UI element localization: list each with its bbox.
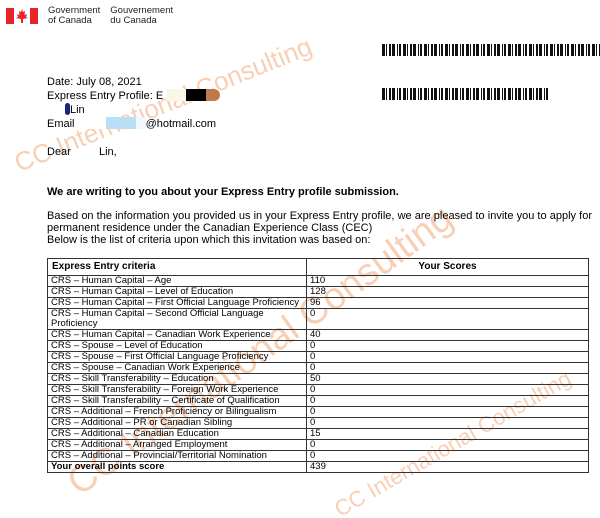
table-row: CRS – Skill Transferability – Foreign Wo…	[48, 385, 589, 396]
criteria-cell: CRS – Skill Transferability – Foreign Wo…	[48, 385, 307, 396]
recipient-info: Date: July 08, 2021 Express Entry Profil…	[47, 75, 220, 159]
barcode-top	[382, 44, 600, 56]
total-label: Your overall points score	[48, 462, 307, 473]
table-row: CRS – Additional – Canadian Education15	[48, 429, 589, 440]
gov-fr: Gouvernement du Canada	[110, 6, 173, 26]
table-row: CRS – Spouse – Canadian Work Experience0	[48, 363, 589, 374]
table-row: CRS – Additional – Provincial/Territoria…	[48, 451, 589, 462]
table-row: CRS – Spouse – Level of Education0	[48, 341, 589, 352]
score-cell: 0	[307, 385, 589, 396]
table-row: CRS – Human Capital – First Official Lan…	[48, 298, 589, 309]
score-cell: 0	[307, 309, 589, 330]
score-cell: 0	[307, 407, 589, 418]
score-cell: 0	[307, 451, 589, 462]
criteria-cell: CRS – Additional – Canadian Education	[48, 429, 307, 440]
criteria-cell: CRS – Human Capital – First Official Lan…	[48, 298, 307, 309]
gov-header: Government of Canada Gouvernement du Can…	[6, 6, 173, 26]
criteria-cell: CRS – Spouse – Canadian Work Experience	[48, 363, 307, 374]
criteria-cell: CRS – Additional – PR or Canadian Siblin…	[48, 418, 307, 429]
header-criteria: Express Entry criteria	[48, 259, 307, 276]
score-cell: 0	[307, 440, 589, 451]
header-scores: Your Scores	[307, 259, 589, 276]
table-row: CRS – Human Capital – Second Official La…	[48, 309, 589, 330]
email-line: Email @hotmail.com	[47, 117, 220, 131]
table-row: CRS – Additional – Arranged Employment0	[48, 440, 589, 451]
criteria-cell: CRS – Spouse – Level of Education	[48, 341, 307, 352]
table-row: CRS – Human Capital – Canadian Work Expe…	[48, 330, 589, 341]
criteria-cell: CRS – Spouse – First Official Language P…	[48, 352, 307, 363]
criteria-cell: CRS – Human Capital – Second Official La…	[48, 309, 307, 330]
score-cell: 40	[307, 330, 589, 341]
canada-flag-icon	[6, 8, 38, 24]
score-cell: 0	[307, 341, 589, 352]
criteria-cell: CRS – Skill Transferability – Education	[48, 374, 307, 385]
score-cell: 128	[307, 287, 589, 298]
body-paragraph: Based on the information you provided us…	[47, 210, 592, 246]
score-cell: 0	[307, 418, 589, 429]
score-cell: 15	[307, 429, 589, 440]
score-cell: 50	[307, 374, 589, 385]
criteria-cell: CRS – Human Capital – Level of Education	[48, 287, 307, 298]
table-row: CRS – Skill Transferability – Certificat…	[48, 396, 589, 407]
total-row: Your overall points score439	[48, 462, 589, 473]
table-row: CRS – Human Capital – Age110	[48, 276, 589, 287]
letter-date: Date: July 08, 2021	[47, 75, 220, 89]
criteria-cell: CRS – Additional – Arranged Employment	[48, 440, 307, 451]
gov-en: Government of Canada	[48, 6, 100, 26]
table-row: CRS – Spouse – First Official Language P…	[48, 352, 589, 363]
score-cell: 0	[307, 396, 589, 407]
criteria-cell: CRS – Human Capital – Canadian Work Expe…	[48, 330, 307, 341]
criteria-cell: CRS – Additional – Provincial/Territoria…	[48, 451, 307, 462]
score-cell: 0	[307, 352, 589, 363]
lead-sentence: We are writing to you about your Express…	[47, 186, 399, 198]
table-row: CRS – Additional – PR or Canadian Siblin…	[48, 418, 589, 429]
score-cell: 96	[307, 298, 589, 309]
criteria-cell: CRS – Skill Transferability – Certificat…	[48, 396, 307, 407]
profile-line: Express Entry Profile: E	[47, 89, 220, 103]
score-cell: 110	[307, 276, 589, 287]
table-row: CRS – Human Capital – Level of Education…	[48, 287, 589, 298]
barcode-bottom	[382, 88, 550, 100]
criteria-cell: CRS – Additional – French Proficiency or…	[48, 407, 307, 418]
criteria-cell: CRS – Human Capital – Age	[48, 276, 307, 287]
score-cell: 0	[307, 363, 589, 374]
name-line: Lin	[47, 103, 220, 117]
total-score: 439	[307, 462, 589, 473]
crs-score-table: Express Entry criteria Your Scores CRS –…	[47, 258, 589, 473]
table-row: CRS – Additional – French Proficiency or…	[48, 407, 589, 418]
table-row: CRS – Skill Transferability – Education5…	[48, 374, 589, 385]
salutation: Dear Lin,	[47, 145, 220, 159]
